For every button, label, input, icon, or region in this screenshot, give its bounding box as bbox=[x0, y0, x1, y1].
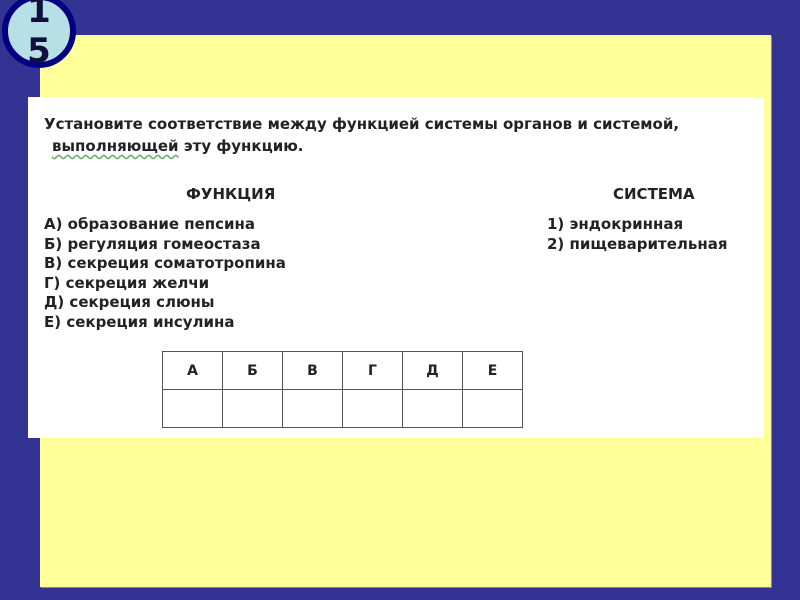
system-item: 2) пищеварительная bbox=[547, 235, 727, 255]
answer-header-cell: Д bbox=[403, 352, 463, 390]
answer-header-cell: В bbox=[283, 352, 343, 390]
function-item: А) образование пепсина bbox=[44, 215, 286, 235]
task-number-digit-2: 5 bbox=[8, 36, 70, 66]
answer-cell[interactable] bbox=[463, 390, 523, 428]
answer-header-cell: Е bbox=[463, 352, 523, 390]
question-text: Установите соответствие между функцией с… bbox=[44, 113, 679, 157]
answer-cell[interactable] bbox=[403, 390, 463, 428]
answer-table: А Б В Г Д Е bbox=[162, 351, 523, 428]
answer-cell[interactable] bbox=[163, 390, 223, 428]
systems-list: 1) эндокринная 2) пищеварительная bbox=[547, 215, 727, 254]
task-number-digit-1: 1 bbox=[8, 0, 70, 26]
system-item: 1) эндокринная bbox=[547, 215, 727, 235]
question-line-2-rest: эту функцию. bbox=[179, 137, 304, 155]
function-item: Г) секреция желчи bbox=[44, 274, 286, 294]
function-item: Д) секреция слюны bbox=[44, 293, 286, 313]
systems-header: СИСТЕМА bbox=[613, 185, 695, 203]
answer-table-header-row: А Б В Г Д Е bbox=[163, 352, 523, 390]
answer-cell[interactable] bbox=[223, 390, 283, 428]
functions-header: ФУНКЦИЯ bbox=[186, 185, 275, 203]
function-item: Б) регуляция гомеостаза bbox=[44, 235, 286, 255]
function-item: Е) секреция инсулина bbox=[44, 313, 286, 333]
question-underlined-word: выполняющей bbox=[52, 137, 179, 155]
answer-header-cell: Б bbox=[223, 352, 283, 390]
answer-header-cell: Г bbox=[343, 352, 403, 390]
answer-cell[interactable] bbox=[283, 390, 343, 428]
function-item: В) секреция соматотропина bbox=[44, 254, 286, 274]
functions-list: А) образование пепсина Б) регуляция гоме… bbox=[44, 215, 286, 332]
task-number-badge: 1 5 bbox=[2, 0, 76, 68]
answer-table-answer-row bbox=[163, 390, 523, 428]
answer-cell[interactable] bbox=[343, 390, 403, 428]
answer-header-cell: А bbox=[163, 352, 223, 390]
question-line-1: Установите соответствие между функцией с… bbox=[44, 113, 679, 135]
question-line-2: выполняющей эту функцию. bbox=[44, 135, 679, 157]
